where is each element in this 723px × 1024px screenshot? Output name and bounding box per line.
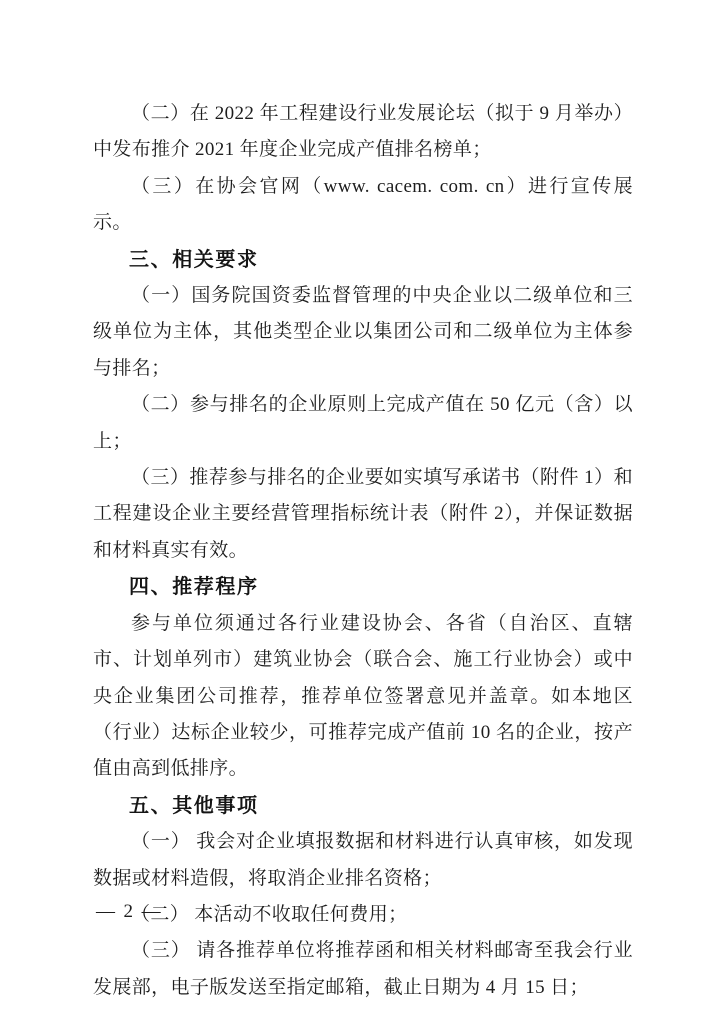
paragraph-output-value-threshold: （二）参与排名的企业原则上完成产值在 50 亿元（含）以上； (93, 387, 633, 460)
paragraph-commitment-letter-attachments: （三）推荐参与排名的企业要如实填写承诺书（附件 1）和工程建设企业主要经营管理指… (93, 460, 633, 569)
paragraph-no-fees: （二） 本活动不收取任何费用； (93, 897, 633, 933)
heading-recommendation-procedure: 四、推荐程序 (93, 569, 633, 605)
paragraph-central-enterprise-units: （一）国务院国资委监督管理的中央企业以二级单位和三级单位为主体，其他类型企业以集… (93, 278, 633, 387)
paragraph-recommendation-channels: 参与单位须通过各行业建设协会、各省（自治区、直辖市、计划单列市）建筑业协会（联合… (93, 606, 633, 788)
paragraph-forum-announcement: （二）在 2022 年工程建设行业发展论坛（拟于 9 月举办）中发布推介 202… (93, 96, 633, 169)
document-page: （二）在 2022 年工程建设行业发展论坛（拟于 9 月举办）中发布推介 202… (0, 0, 723, 1024)
heading-related-requirements: 三、相关要求 (93, 242, 633, 278)
heading-other-matters: 五、其他事项 (93, 788, 633, 824)
document-body: （二）在 2022 年工程建设行业发展论坛（拟于 9 月举办）中发布推介 202… (93, 96, 633, 1006)
page-number: — 2 — (96, 901, 163, 922)
page-footer: — 2 — (96, 894, 163, 930)
paragraph-data-review: （一） 我会对企业填报数据和材料进行认真审核，如发现数据或材料造假，将取消企业排… (93, 824, 633, 897)
paragraph-website-promotion: （三）在协会官网（www. cacem. com. cn）进行宣传展示。 (93, 169, 633, 242)
paragraph-mailing-deadline: （三） 请各推荐单位将推荐函和相关材料邮寄至我会行业发展部，电子版发送至指定邮箱… (93, 933, 633, 1006)
